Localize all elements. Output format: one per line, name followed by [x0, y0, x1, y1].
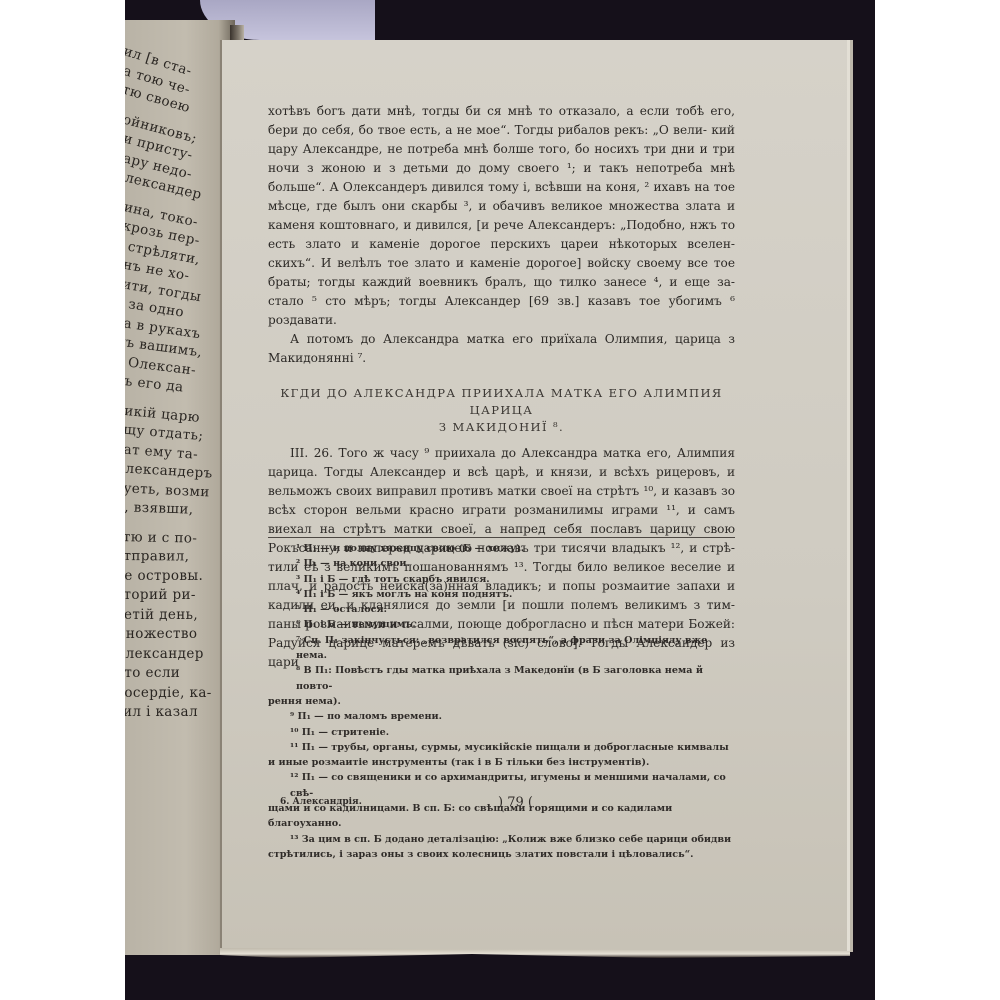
- left-page-line: стю и с по-: [125, 529, 197, 547]
- footnote: ¹¹ П₁ — трубы, органы, сурмы, мусикійскі…: [268, 740, 738, 755]
- footnote: и иные розмаитіе инструменты (так і в Б …: [268, 755, 738, 770]
- footnote: ² П₁ — на кони свои.: [268, 556, 738, 571]
- footnote: ³ П₁ і Б — гдѣ тотъ скарбъ явился.: [268, 572, 738, 587]
- left-page-line: буеть, возми: [125, 480, 210, 500]
- paragraph-1: хотѣвъ богъ дати мнѣ, тогды би ся мнѣ то…: [268, 102, 735, 330]
- text-line: скихъ“. И велѣлъ тое злато и каменіе дор…: [268, 256, 735, 270]
- text-line: хотѣвъ богъ дати мнѣ, тогды би ся мнѣ то…: [268, 104, 735, 118]
- left-page-line: , то если: [125, 665, 180, 681]
- left-page-line: не островы.: [125, 568, 203, 584]
- footnote: ⁶ П₁ і Б — немущимъ.: [268, 617, 738, 632]
- left-page-line: множество: [125, 626, 197, 642]
- footnote-divider: [268, 537, 735, 538]
- footnote: ⁹ П₁ — по маломъ времени.: [268, 709, 738, 724]
- left-page-line: ретій день,: [125, 607, 198, 623]
- footnote: ⁴ П₁ і Б — якъ моглъ на коня поднятъ.: [268, 587, 738, 602]
- text-line: роздавати.: [268, 313, 337, 327]
- heading-line: КГДИ ДО АЛЕКСАНДРА ПРИИХАЛА МАТКА ЕГО АЛ…: [268, 385, 735, 419]
- text-line: стало ⁵ сто мѣръ; тогды Александер [69 з…: [268, 294, 735, 308]
- page-footer: 6. Александрія. ) 79 (: [280, 797, 740, 813]
- footnote: ⁸ В П₁: Повѣстъ гды матка приѣхала з Мак…: [268, 663, 738, 694]
- paragraph-2: А потомъ до Александра матка его приїхал…: [268, 330, 735, 368]
- footnote: стрѣтились, і зараз оны з своих колесниц…: [268, 847, 738, 862]
- text-line: виехал на стрѣтъ матки своеї, а напред с…: [268, 522, 735, 536]
- left-page-line: оторий ри-: [125, 587, 196, 603]
- left-page-line: и, взявши,: [125, 499, 194, 518]
- footnote: ¹ П₁ — и полну хижицу свою (Б — хижу).: [268, 541, 738, 556]
- chapter-heading: КГДИ ДО АЛЕКСАНДРА ПРИИХАЛА МАТКА ЕГО АЛ…: [268, 385, 735, 436]
- footnote: ¹³ За цим в сп. Б додано деталізацію: „К…: [268, 832, 738, 847]
- left-page-line: дат ему та-: [125, 441, 199, 463]
- right-page: хотѣвъ богъ дати мнѣ, тогды би ся мнѣ то…: [220, 40, 847, 952]
- left-page-line: посердіе, ка-: [125, 685, 212, 701]
- text-line: браты; тогды каждий воевникъ бралъ, що т…: [268, 275, 735, 289]
- text-line: царица. Тогды Александер и всѣ царѣ, и к…: [268, 465, 727, 479]
- page-number: ) 79 (: [498, 795, 533, 810]
- left-page-line: Александер: [125, 646, 204, 662]
- left-page: нил [в ста-ра тою че-стю своеюбойниковъ;…: [125, 20, 235, 955]
- footnote: ¹⁰ П₁ — стритеніе.: [268, 725, 738, 740]
- text-line: бери до себя, бо твое есть, а не мое“. Т…: [268, 123, 711, 137]
- footnote: ⁵ П₁ — осталося.: [268, 602, 738, 617]
- left-page-line: Александеръ: [125, 460, 213, 482]
- left-page-line: вил і казал: [125, 704, 198, 720]
- text-line: А потомъ до Александра матка его приїхал…: [290, 332, 728, 346]
- footnotes: ¹ П₁ — и полну хижицу свою (Б — хижу).² …: [268, 541, 738, 862]
- signature-mark: 6. Александрія.: [280, 797, 362, 807]
- footnote: рення нема).: [268, 694, 738, 709]
- left-page-line: отправил,: [125, 548, 189, 565]
- footnote: ⁷ Сп. П₁ закінчується: „возвратился восп…: [268, 633, 738, 664]
- heading-line: З МАКИДОНИЇ ⁸.: [268, 419, 735, 436]
- book-photo: нил [в ста-ра тою че-стю своеюбойниковъ;…: [125, 0, 875, 1000]
- text-line: III. 26. Того ж часу ⁹ приихала до Алекс…: [290, 446, 735, 460]
